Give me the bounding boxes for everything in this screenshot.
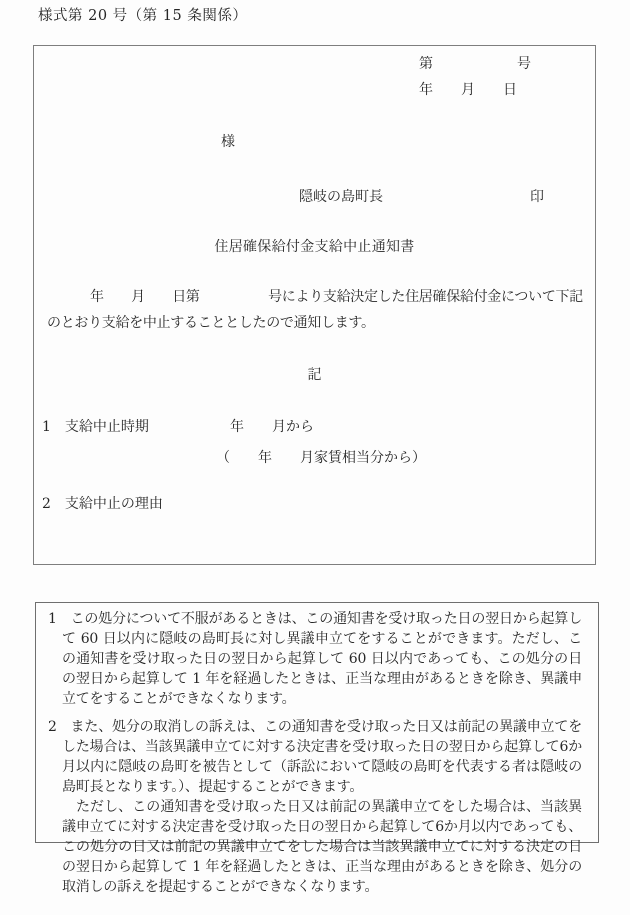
notice-title: 住居確保給付金支給中止通知書 <box>34 239 595 255</box>
appeal-item-1: 1 この処分について不服があるときは、この通知書を受け取った日の翌日から起算して… <box>48 609 582 709</box>
suspension-reason-label: 2 支給中止の理由 <box>42 496 163 512</box>
document-page: 様式第 20 号（第 15 条関係） 第 号 年 月 日 様 隠岐の島町長 印 … <box>0 0 630 915</box>
addressee-honorific: 様 <box>221 134 235 150</box>
notice-box: 第 号 年 月 日 様 隠岐の島町長 印 住居確保給付金支給中止通知書 年 月 … <box>33 45 596 565</box>
appeal-rights-box: 1 この処分について不服があるときは、この通知書を受け取った日の翌日から起算して… <box>35 602 599 843</box>
record-marker: 記 <box>34 367 595 383</box>
issuer-name: 隠岐の島町長 <box>299 189 383 205</box>
appeal-item-2-supplement: ただし、この通知書を受け取った日又は前記の異議申立てをした場合は、当該異議申立て… <box>48 797 582 897</box>
document-date-line: 年 月 日 <box>419 82 517 98</box>
document-number-line: 第 号 <box>419 56 531 72</box>
suspension-period-value: 年 月から <box>230 419 314 435</box>
suspension-period-note: （ 年 月家賃相当分から） <box>216 450 426 466</box>
notice-body-line-2: のとおり支給を中止することとしたので通知します。 <box>47 315 375 331</box>
notice-body-line-1: 年 月 日第 号により支給決定した住居確保給付金について下記 <box>90 289 583 305</box>
seal-placeholder: 印 <box>530 189 544 205</box>
appeal-item-2: 2 また、処分の取消しの訴えは、この通知書を受け取った日又は前記の異議申立てをし… <box>48 717 582 797</box>
suspension-period-label: 1 支給中止時期 <box>42 419 149 435</box>
form-number-label: 様式第 20 号（第 15 条関係） <box>38 8 247 24</box>
